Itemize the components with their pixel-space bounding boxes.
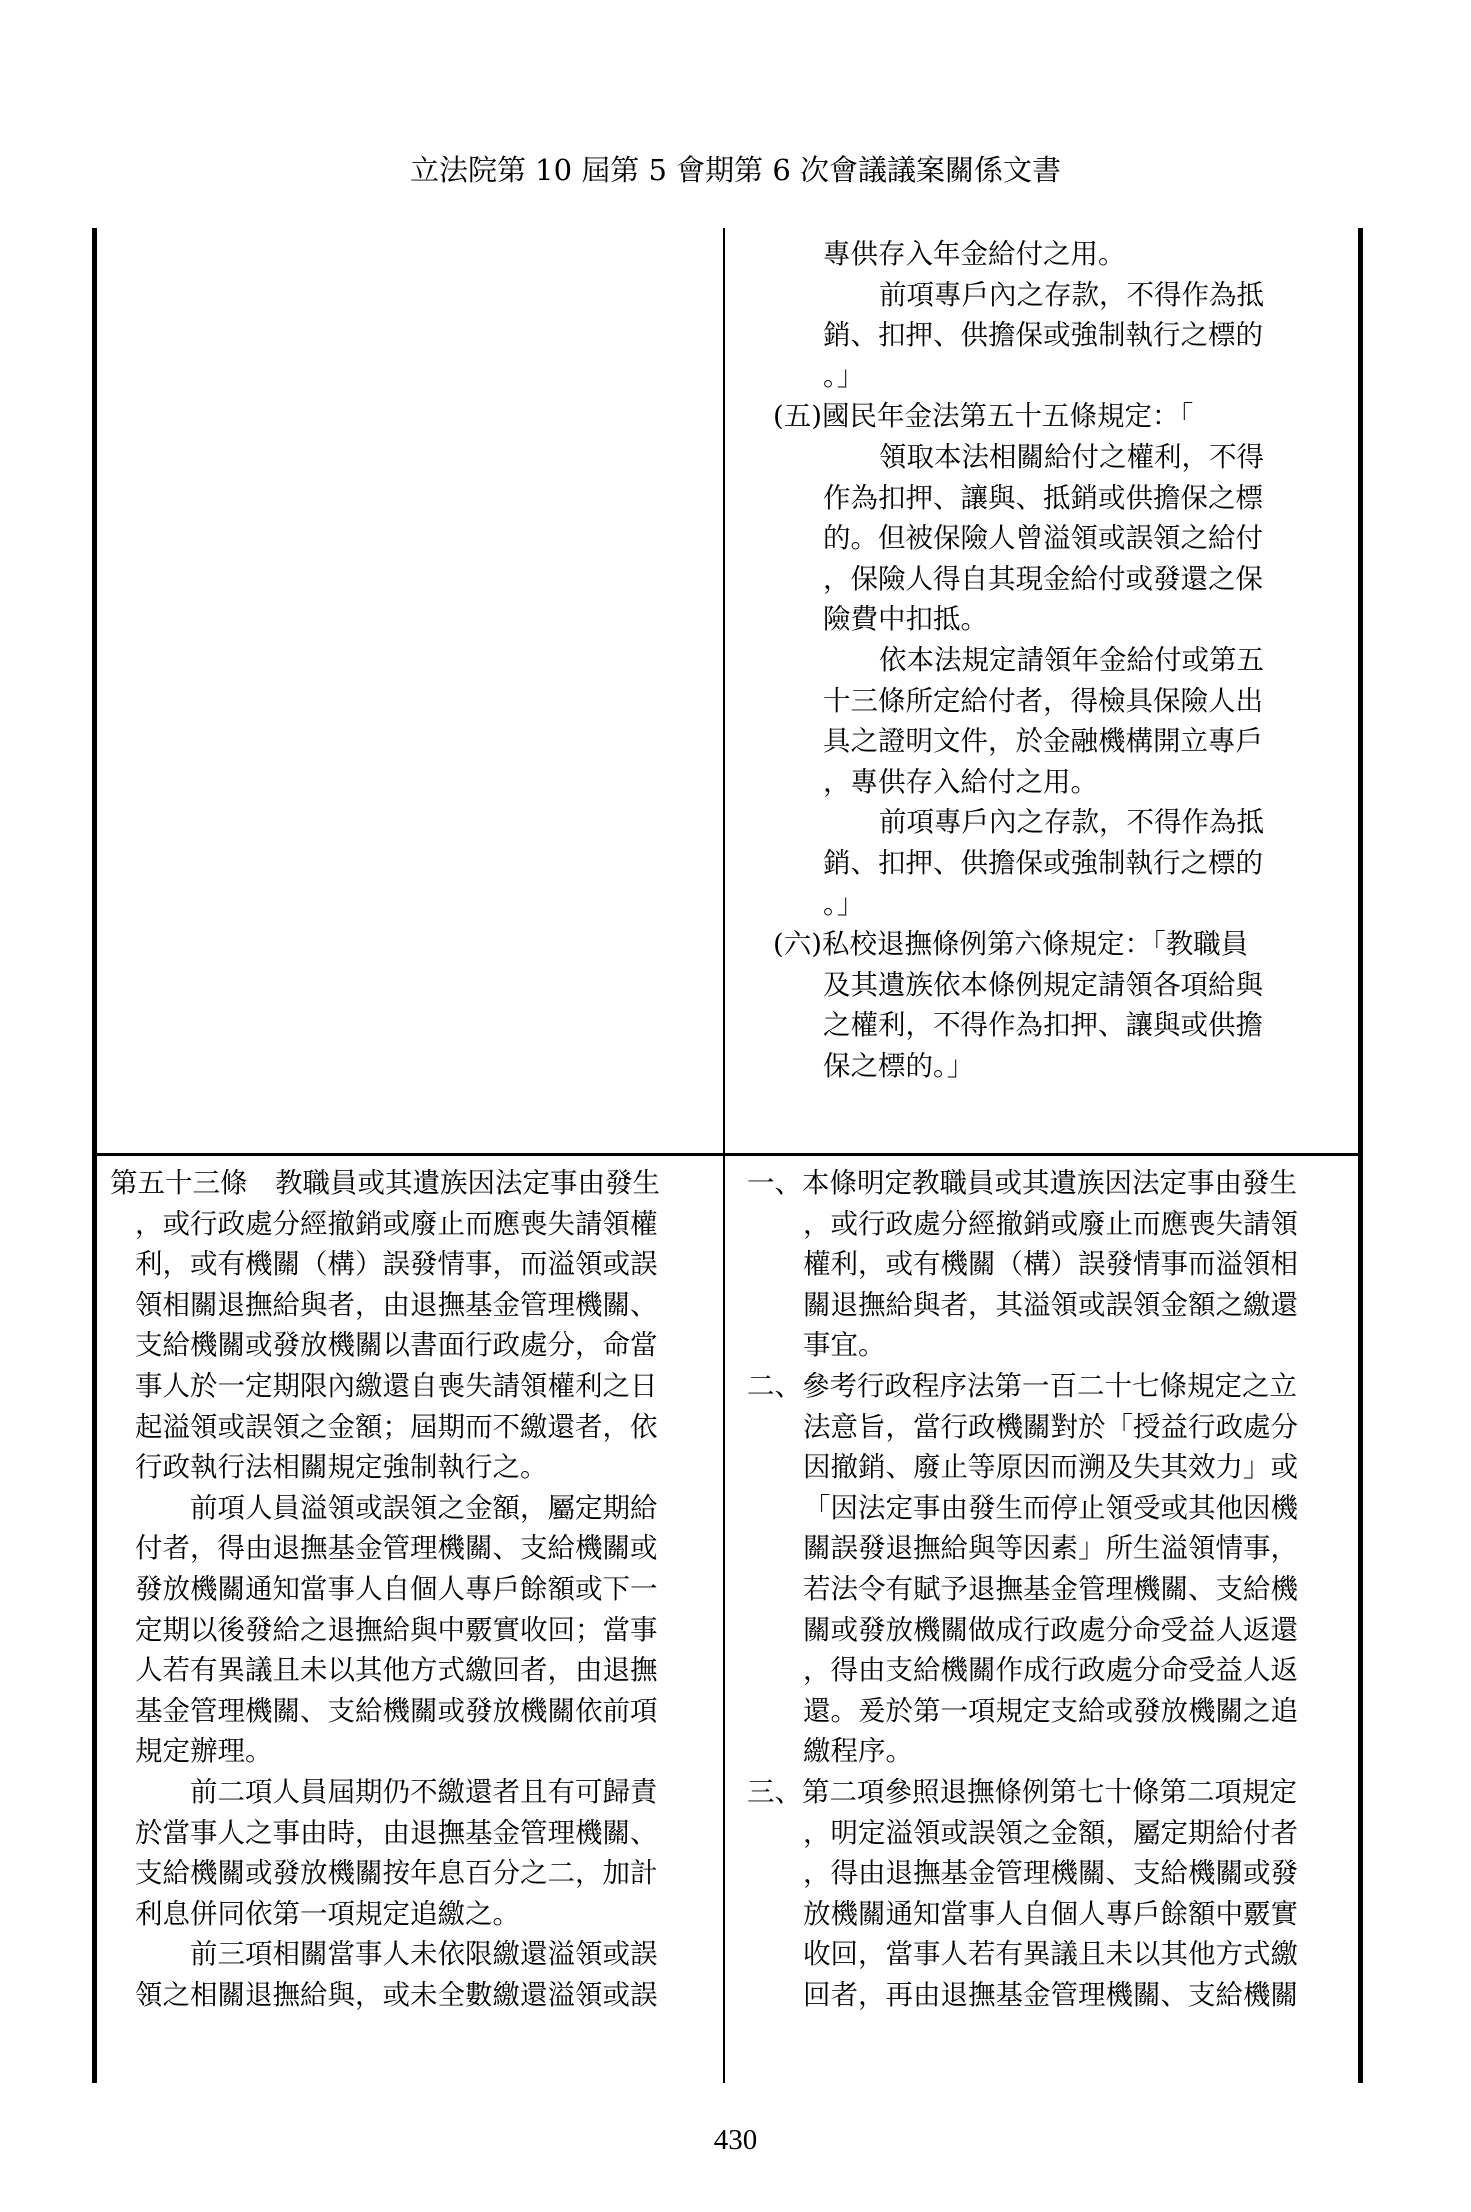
text-line: 保之標的。」 — [725, 1046, 1358, 1087]
text-line: 發放機關通知當事人自個人專戶餘額或下一 — [110, 1569, 720, 1610]
text-line: 關退撫給與者，其溢領或誤領金額之繳還 — [725, 1285, 1358, 1326]
text-line: 事人於一定期限內繳還自喪失請領權利之日 — [110, 1366, 720, 1407]
text-line: 行政執行法相關規定強制執行之。 — [110, 1447, 720, 1488]
text-line: 前項專戶內之存款，不得作為抵 — [725, 802, 1358, 843]
text-line: 專供存入年金給付之用。 — [725, 234, 1358, 275]
text-line: 前項人員溢領或誤領之金額，屬定期給 — [110, 1488, 720, 1529]
text-line: 權利，或有機關（構）誤發情事而溢領相 — [725, 1244, 1358, 1285]
text-line: 險費中扣抵。 — [725, 599, 1358, 640]
text-line: 前項專戶內之存款，不得作為抵 — [725, 275, 1358, 316]
document-header: 立法院第 10 屆第 5 會期第 6 次會議議案關係文書 — [0, 150, 1471, 190]
text-line: 基金管理機關、支給機關或發放機關依前項 — [110, 1691, 720, 1732]
text-line: 起溢領或誤領之金額；屆期而不繳還者，依 — [110, 1407, 720, 1448]
text-line: 的。但被保險人曾溢領或誤領之給付 — [725, 518, 1358, 559]
text-line: ，專供存入給付之用。 — [725, 762, 1358, 803]
text-line: 作為扣押、讓與、抵銷或供擔保之標 — [725, 478, 1358, 519]
text-line: 。」 — [725, 356, 1358, 397]
text-line: 還。爰於第一項規定支給或發放機關之追 — [725, 1691, 1358, 1732]
comparison-table: 專供存入年金給付之用。前項專戶內之存款，不得作為抵銷、扣押、供擔保或強制執行之標… — [92, 228, 1362, 2083]
text-line: 前二項人員屆期仍不繳還者且有可歸責 — [110, 1772, 720, 1813]
text-line: 定期以後發給之退撫給與中覈實收回；當事 — [110, 1610, 720, 1651]
text-line: 放機關通知當事人自個人專戶餘額中覈實 — [725, 1894, 1358, 1935]
text-line: 之權利，不得作為扣押、讓與或供擔 — [725, 1005, 1358, 1046]
text-line: 關或發放機關做成行政處分命受益人返還 — [725, 1610, 1358, 1651]
text-line: 事宜。 — [725, 1325, 1358, 1366]
text-line: 銷、扣押、供擔保或強制執行之標的 — [725, 315, 1358, 356]
text-line: 利息併同依第一項規定追繳之。 — [110, 1894, 720, 1935]
text-line: 具之證明文件，於金融機構開立專戶 — [725, 721, 1358, 762]
text-line: 領取本法相關給付之權利，不得 — [725, 437, 1358, 478]
text-line: 繳程序。 — [725, 1731, 1358, 1772]
table-row-divider — [92, 1153, 1363, 1156]
text-line: 第五十三條 教職員或其遺族因法定事由發生 — [110, 1163, 720, 1204]
text-line: 「因法定事由發生而停止領受或其他因機 — [725, 1488, 1358, 1529]
text-line: ，得由支給機關作成行政處分命受益人返 — [725, 1650, 1358, 1691]
text-line: (五)國民年金法第五十五條規定：「 — [725, 396, 1358, 437]
text-line: 二、參考行政程序法第一百二十七條規定之立 — [725, 1366, 1358, 1407]
text-line: 回者，再由退撫基金管理機關、支給機關 — [725, 1975, 1358, 2016]
text-line: 關誤發退撫給與等因素」所生溢領情事， — [725, 1528, 1358, 1569]
text-line: 法意旨，當行政機關對於「授益行政處分 — [725, 1407, 1358, 1448]
text-line: 支給機關或發放機關按年息百分之二，加計 — [110, 1853, 720, 1894]
text-line: 付者，得由退撫基金管理機關、支給機關或 — [110, 1528, 720, 1569]
text-line: 一、本條明定教職員或其遺族因法定事由發生 — [725, 1163, 1358, 1204]
text-line: 銷、扣押、供擔保或強制執行之標的 — [725, 843, 1358, 884]
text-line: 人若有異議且未以其他方式繳回者，由退撫 — [110, 1650, 720, 1691]
text-line: 收回，當事人若有異議且未以其他方式繳 — [725, 1934, 1358, 1975]
text-line: 十三條所定給付者，得檢具保險人出 — [725, 681, 1358, 722]
page-number: 430 — [0, 2120, 1471, 2160]
text-line: 領之相關退撫給與，或未全數繳還溢領或誤 — [110, 1975, 720, 2016]
text-line: 領相關退撫給與者，由退撫基金管理機關、 — [110, 1285, 720, 1326]
text-line: 前三項相關當事人未依限繳還溢領或誤 — [110, 1934, 720, 1975]
text-line: ，明定溢領或誤領之金額，屬定期給付者 — [725, 1813, 1358, 1854]
bottom-left-cell-article-text: 第五十三條 教職員或其遺族因法定事由發生，或行政處分經撤銷或廢止而應喪失請領權利… — [110, 1163, 720, 2015]
text-line: 於當事人之事由時，由退撫基金管理機關、 — [110, 1813, 720, 1854]
text-line: 規定辦理。 — [110, 1731, 720, 1772]
text-line: ，或行政處分經撤銷或廢止而應喪失請領權 — [110, 1204, 720, 1245]
text-line: 支給機關或發放機關以書面行政處分，命當 — [110, 1325, 720, 1366]
text-line: 。」 — [725, 884, 1358, 925]
text-line: 三、第二項參照退撫條例第七十條第二項規定 — [725, 1772, 1358, 1813]
text-line: ，得由退撫基金管理機關、支給機關或發 — [725, 1853, 1358, 1894]
text-line: ，保險人得自其現金給付或發還之保 — [725, 559, 1358, 600]
text-line: 若法令有賦予退撫基金管理機關、支給機 — [725, 1569, 1358, 1610]
text-line: 因撤銷、廢止等原因而溯及失其效力」或 — [725, 1447, 1358, 1488]
text-line: 依本法規定請領年金給付或第五 — [725, 640, 1358, 681]
text-line: ，或行政處分經撤銷或廢止而應喪失請領 — [725, 1204, 1358, 1245]
text-line: (六)私校退撫條例第六條規定：「教職員 — [725, 924, 1358, 965]
top-right-cell-explanation: 專供存入年金給付之用。前項專戶內之存款，不得作為抵銷、扣押、供擔保或強制執行之標… — [725, 234, 1358, 1086]
text-line: 及其遺族依本條例規定請領各項給與 — [725, 965, 1358, 1006]
bottom-right-cell-explanation: 一、本條明定教職員或其遺族因法定事由發生，或行政處分經撤銷或廢止而應喪失請領權利… — [725, 1163, 1358, 2015]
text-line: 利，或有機關（構）誤發情事，而溢領或誤 — [110, 1244, 720, 1285]
